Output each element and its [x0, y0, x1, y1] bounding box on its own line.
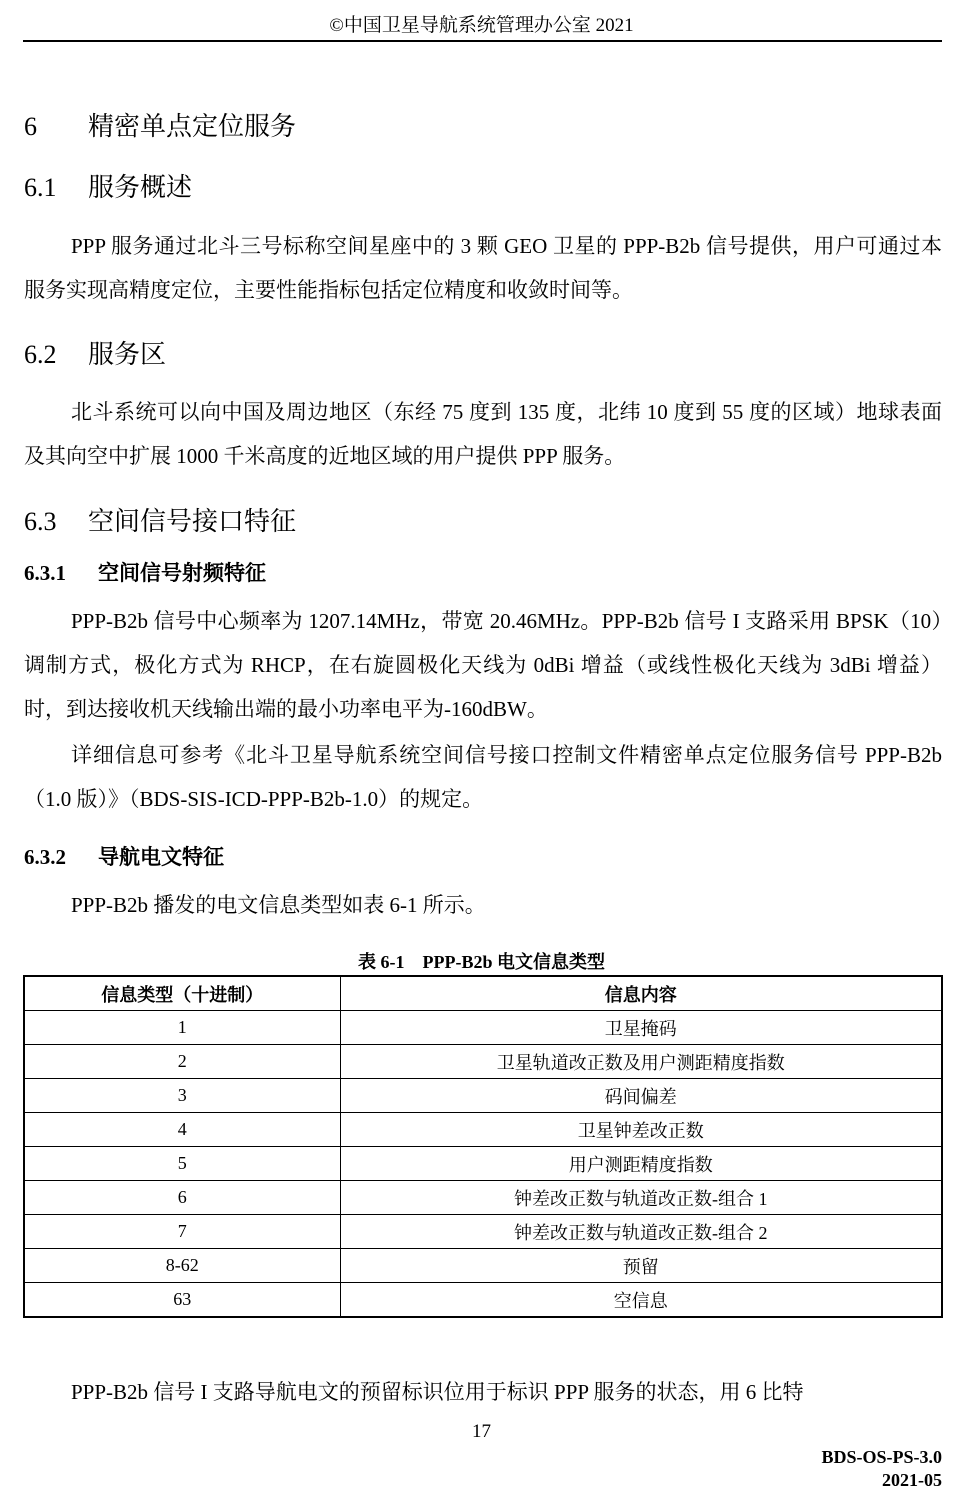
- section-6-3-1-paragraph-1: PPP-B2b 信号中心频率为 1207.14MHz，带宽 20.46MHz。P…: [24, 599, 942, 731]
- type-cell: 6: [24, 1181, 340, 1215]
- page-number: 17: [0, 1421, 963, 1443]
- section-title: 服务概述: [88, 173, 192, 202]
- section-title: 精密单点定位服务: [88, 112, 296, 141]
- table-row: 8-62预留: [24, 1249, 942, 1283]
- type-cell: 5: [24, 1147, 340, 1181]
- type-cell: 4: [24, 1113, 340, 1147]
- section-6-1-paragraph: PPP 服务通过北斗三号标称空间星座中的 3 颗 GEO 卫星的 PPP-B2b…: [24, 224, 942, 312]
- header-rule: [23, 40, 942, 42]
- document-date: 2021-05: [882, 1470, 942, 1491]
- table-header-row: 信息类型（十进制） 信息内容: [24, 976, 942, 1011]
- table-row: 6钟差改正数与轨道改正数-组合 1: [24, 1181, 942, 1215]
- section-6-3-heading: 6.3空间信号接口特征: [24, 501, 296, 538]
- trailing-paragraph: PPP-B2b 信号 I 支路导航电文的预留标识位用于标识 PPP 服务的状态，…: [24, 1370, 942, 1414]
- section-6-3-2-paragraph: PPP-B2b 播发的电文信息类型如表 6-1 所示。: [24, 883, 942, 927]
- content-cell: 钟差改正数与轨道改正数-组合 1: [340, 1181, 942, 1215]
- section-6-3-1-paragraph-2: 详细信息可参考《北斗卫星导航系统空间信号接口控制文件精密单点定位服务信号 PPP…: [24, 733, 942, 821]
- section-title: 导航电文特征: [98, 845, 224, 869]
- content-cell: 用户测距精度指数: [340, 1147, 942, 1181]
- section-6-2-heading: 6.2服务区: [24, 334, 166, 371]
- message-type-table: 信息类型（十进制） 信息内容 1卫星掩码 2卫星轨道改正数及用户测距精度指数 3…: [23, 975, 943, 1318]
- type-cell: 63: [24, 1283, 340, 1318]
- section-number: 6.2: [24, 340, 88, 370]
- column-header-content: 信息内容: [340, 976, 942, 1011]
- content-cell: 空信息: [340, 1283, 942, 1318]
- type-cell: 2: [24, 1045, 340, 1079]
- content-cell: 码间偏差: [340, 1079, 942, 1113]
- document-id: BDS-OS-PS-3.0: [821, 1447, 942, 1468]
- section-6-3-1-heading: 6.3.1空间信号射频特征: [24, 557, 266, 587]
- section-title: 空间信号射频特征: [98, 561, 266, 585]
- section-6-3-2-heading: 6.3.2导航电文特征: [24, 841, 224, 871]
- content-cell: 卫星掩码: [340, 1011, 942, 1045]
- type-cell: 8-62: [24, 1249, 340, 1283]
- table-row: 1卫星掩码: [24, 1011, 942, 1045]
- column-header-type: 信息类型（十进制）: [24, 976, 340, 1011]
- table-row: 2卫星轨道改正数及用户测距精度指数: [24, 1045, 942, 1079]
- content-cell: 卫星钟差改正数: [340, 1113, 942, 1147]
- section-number: 6.3.2: [24, 845, 98, 870]
- table-row: 3码间偏差: [24, 1079, 942, 1113]
- section-number: 6: [24, 112, 88, 142]
- section-6-heading: 6精密单点定位服务: [24, 106, 296, 143]
- content-cell: 钟差改正数与轨道改正数-组合 2: [340, 1215, 942, 1249]
- table-row: 63空信息: [24, 1283, 942, 1318]
- section-6-2-paragraph: 北斗系统可以向中国及周边地区（东经 75 度到 135 度，北纬 10 度到 5…: [24, 390, 942, 478]
- table-row: 7钟差改正数与轨道改正数-组合 2: [24, 1215, 942, 1249]
- table-row: 5用户测距精度指数: [24, 1147, 942, 1181]
- table-caption: 表 6-1 PPP-B2b 电文信息类型: [0, 948, 963, 974]
- section-number: 6.3.1: [24, 561, 98, 586]
- section-title: 服务区: [88, 340, 166, 369]
- type-cell: 7: [24, 1215, 340, 1249]
- table-row: 4卫星钟差改正数: [24, 1113, 942, 1147]
- type-cell: 1: [24, 1011, 340, 1045]
- page-header: ©中国卫星导航系统管理办公室 2021: [0, 10, 963, 37]
- section-title: 空间信号接口特征: [88, 507, 296, 536]
- content-cell: 预留: [340, 1249, 942, 1283]
- section-number: 6.1: [24, 173, 88, 203]
- section-6-1-heading: 6.1服务概述: [24, 167, 192, 204]
- section-number: 6.3: [24, 507, 88, 537]
- content-cell: 卫星轨道改正数及用户测距精度指数: [340, 1045, 942, 1079]
- type-cell: 3: [24, 1079, 340, 1113]
